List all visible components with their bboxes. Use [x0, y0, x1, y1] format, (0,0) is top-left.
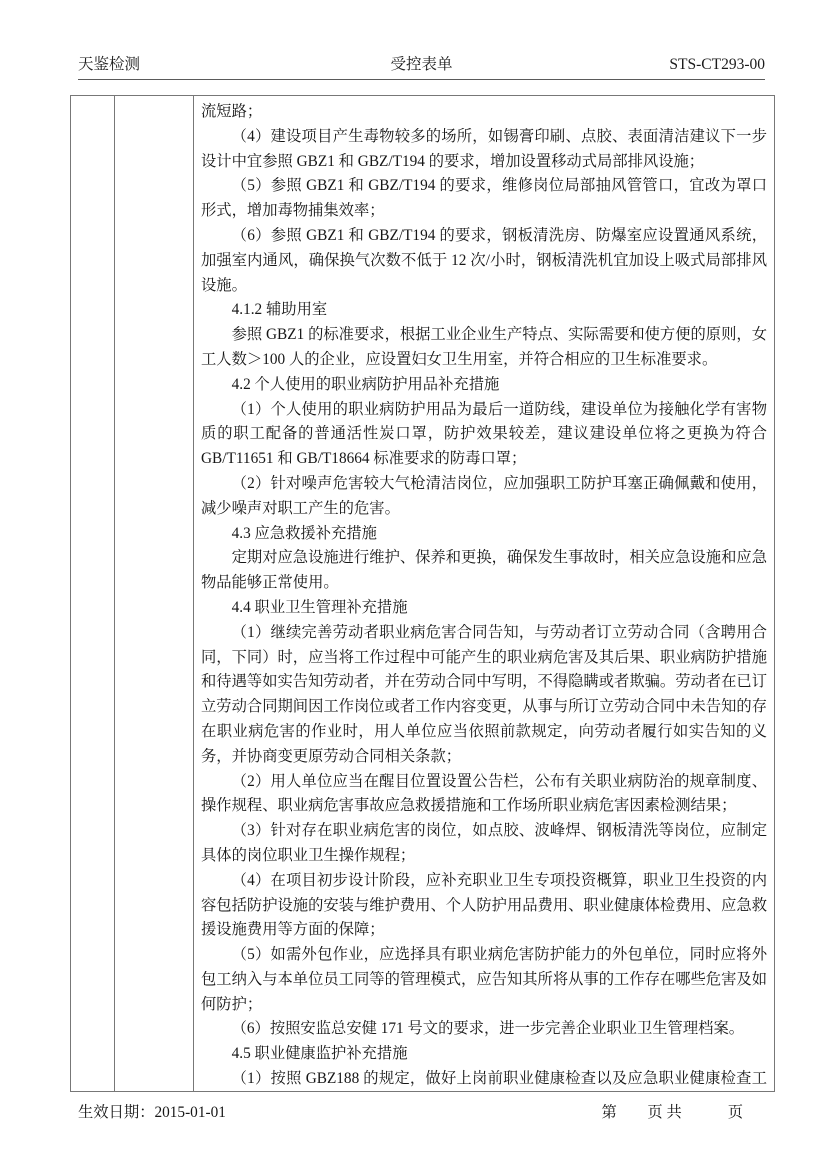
page-footer: 生效日期：2015-01-01 第 页 共 页	[78, 1100, 765, 1122]
header-document-code: STS-CT293-00	[669, 56, 765, 74]
paragraph: 4.2 个人使用的职业病防护用品补充措施	[201, 373, 767, 398]
paragraph: 4.1.2 辅助用室	[201, 298, 767, 323]
paragraph: 流短路；	[201, 100, 767, 125]
paragraph: 4.5 职业健康监护补充措施	[201, 1042, 767, 1067]
footer-effective-date: 生效日期：2015-01-01	[78, 1100, 226, 1122]
paragraph: （5）如需外包作业，应选择具有职业病危害防护能力的外包单位，同时应将外包工纳入与…	[201, 943, 767, 1017]
table-empty-column-1	[71, 96, 115, 1091]
paragraph: 参照 GBZ1 的标准要求，根据工业企业生产特点、实际需要和使方便的原则，女工人…	[201, 323, 767, 373]
paragraph: （4）在项目初步设计阶段，应补充职业卫生专项投资概算，职业卫生投资的内容包括防护…	[201, 869, 767, 943]
header-company-name: 天鉴检测	[78, 52, 140, 74]
paragraph: 定期对应急设施进行维护、保养和更换，确保发生事故时，相关应急设施和应急物品能够正…	[201, 546, 767, 596]
paragraph: 4.4 职业卫生管理补充措施	[201, 596, 767, 621]
table-empty-column-2	[115, 96, 194, 1091]
paragraph: （2）针对噪声危害较大气枪清洁岗位，应加强职工防护耳塞正确佩戴和使用，减少噪声对…	[201, 472, 767, 522]
paragraph: （3）针对存在职业病危害的岗位，如点胶、波峰焊、钢板清洗等岗位，应制定具体的岗位…	[201, 819, 767, 869]
page-header: 天鉴检测 受控表单 STS-CT293-00	[78, 52, 765, 80]
paragraph: （1）个人使用的职业病防护用品为最后一道防线，建设单位为接触化学有害物质的职工配…	[201, 398, 767, 472]
paragraph: （1）按照 GBZ188 的规定，做好上岗前职业健康检查以及应急职业健康检查工作…	[201, 1067, 767, 1091]
paragraph: （6）参照 GBZ1 和 GBZ/T194 的要求，钢板清洗房、防爆室应设置通风…	[201, 224, 767, 298]
paragraph: （1）继续完善劳动者职业病危害合同告知，与劳动者订立劳动合同（含聘用合同，下同）…	[201, 621, 767, 770]
header-document-type: 受控表单	[78, 52, 765, 74]
document-page: 天鉴检测 受控表单 STS-CT293-00 流短路；（4）建设项目产生毒物较多…	[0, 0, 826, 1169]
footer-page-number: 第 页 共 页	[602, 1100, 744, 1122]
paragraph: （5）参照 GBZ1 和 GBZ/T194 的要求，维修岗位局部抽风管管口，宜改…	[201, 174, 767, 224]
table-text-cell: 流短路；（4）建设项目产生毒物较多的场所，如锡膏印刷、点胶、表面清洁建议下一步设…	[194, 96, 774, 1091]
paragraph: （2）用人单位应当在醒目位置设置公告栏，公布有关职业病防治的规章制度、操作规程、…	[201, 770, 767, 820]
paragraph: （6）按照安监总安健 171 号文的要求，进一步完善企业职业卫生管理档案。	[201, 1017, 767, 1042]
paragraph: （4）建设项目产生毒物较多的场所，如锡膏印刷、点胶、表面清洁建议下一步设计中宜参…	[201, 125, 767, 175]
paragraph: 4.3 应急救援补充措施	[201, 522, 767, 547]
table-body-column: 流短路；（4）建设项目产生毒物较多的场所，如锡膏印刷、点胶、表面清洁建议下一步设…	[194, 96, 774, 1091]
content-table: 流短路；（4）建设项目产生毒物较多的场所，如锡膏印刷、点胶、表面清洁建议下一步设…	[70, 95, 775, 1092]
